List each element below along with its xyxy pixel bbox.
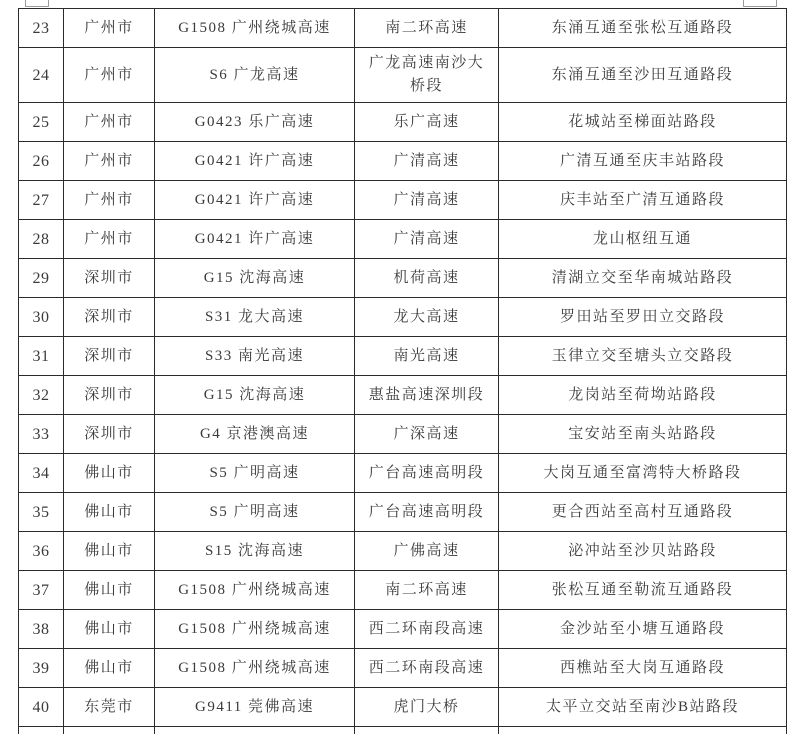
cropped-cell — [499, 727, 787, 734]
road-section-cell: 广清互通至庆丰站路段 — [499, 142, 787, 181]
city-cell: 广州市 — [64, 9, 155, 48]
road-section-cell: 罗田站至罗田立交路段 — [499, 298, 787, 337]
row-index-cell: 33 — [19, 415, 64, 454]
table-row: 27广州市G0421 许广高速广清高速庆丰站至广清互通路段 — [19, 181, 787, 220]
highway-name-cell: 惠盐高速深圳段 — [355, 376, 499, 415]
city-cell: 东莞市 — [64, 688, 155, 727]
highway-code-cell: S5 广明高速 — [155, 454, 355, 493]
row-index-cell: 25 — [19, 103, 64, 142]
table-row: 24广州市S6 广龙高速广龙高速南沙大桥段东涌互通至沙田互通路段 — [19, 48, 787, 103]
table-row: 37佛山市G1508 广州绕城高速南二环高速张松互通至勒流互通路段 — [19, 571, 787, 610]
road-section-cell: 玉律立交至塘头立交路段 — [499, 337, 787, 376]
row-index-cell: 29 — [19, 259, 64, 298]
highway-name-cell: 机荷高速 — [355, 259, 499, 298]
city-cell: 广州市 — [64, 181, 155, 220]
table-row: 36佛山市S15 沈海高速广佛高速泌冲站至沙贝站路段 — [19, 532, 787, 571]
highway-code-cell: G15 沈海高速 — [155, 376, 355, 415]
table-row: 35佛山市S5 广明高速广台高速高明段更合西站至高村互通路段 — [19, 493, 787, 532]
cropped-row-artifact-left — [25, 0, 49, 7]
highway-name-cell: 西二环南段高速 — [355, 610, 499, 649]
highway-code-cell: G0421 许广高速 — [155, 181, 355, 220]
highway-name-cell: 广佛高速 — [355, 532, 499, 571]
table-row: 38佛山市G1508 广州绕城高速西二环南段高速金沙站至小塘互通路段 — [19, 610, 787, 649]
city-cell: 广州市 — [64, 220, 155, 259]
highway-code-cell: G1508 广州绕城高速 — [155, 610, 355, 649]
row-index-cell: 36 — [19, 532, 64, 571]
table-row: 40东莞市G9411 莞佛高速虎门大桥太平立交站至南沙B站路段 — [19, 688, 787, 727]
highway-name-cell: 广清高速 — [355, 181, 499, 220]
table-row: 30深圳市S31 龙大高速龙大高速罗田站至罗田立交路段 — [19, 298, 787, 337]
table-row: 23广州市G1508 广州绕城高速南二环高速东涌互通至张松互通路段 — [19, 9, 787, 48]
table-body: 23广州市G1508 广州绕城高速南二环高速东涌互通至张松互通路段24广州市S6… — [19, 9, 787, 734]
row-index-cell: 38 — [19, 610, 64, 649]
row-index-cell: 28 — [19, 220, 64, 259]
city-cell: 深圳市 — [64, 337, 155, 376]
city-cell: 深圳市 — [64, 298, 155, 337]
highway-name-cell: 乐广高速 — [355, 103, 499, 142]
highway-name-cell: 南二环高速 — [355, 571, 499, 610]
table-row: 39佛山市G1508 广州绕城高速西二环南段高速西樵站至大岗互通路段 — [19, 649, 787, 688]
city-cell: 佛山市 — [64, 493, 155, 532]
highway-code-cell: S6 广龙高速 — [155, 48, 355, 103]
city-cell: 深圳市 — [64, 376, 155, 415]
cropped-cell — [355, 727, 499, 734]
cropped-cell — [19, 727, 64, 734]
road-section-cell: 东涌互通至张松互通路段 — [499, 9, 787, 48]
highway-name-cell: 广深高速 — [355, 415, 499, 454]
city-cell: 佛山市 — [64, 610, 155, 649]
road-section-cell: 清湖立交至华南城站路段 — [499, 259, 787, 298]
road-section-cell: 张松互通至勒流互通路段 — [499, 571, 787, 610]
city-cell: 深圳市 — [64, 259, 155, 298]
table-row: 25广州市G0423 乐广高速乐广高速花城站至梯面站路段 — [19, 103, 787, 142]
row-index-cell: 23 — [19, 9, 64, 48]
highway-code-cell: G1508 广州绕城高速 — [155, 571, 355, 610]
row-index-cell: 40 — [19, 688, 64, 727]
highway-code-cell: S15 沈海高速 — [155, 532, 355, 571]
row-index-cell: 27 — [19, 181, 64, 220]
cropped-next-row — [19, 727, 787, 734]
highway-name-cell: 广台高速高明段 — [355, 493, 499, 532]
row-index-cell: 26 — [19, 142, 64, 181]
road-section-cell: 大岗互通至富湾特大桥路段 — [499, 454, 787, 493]
row-index-cell: 30 — [19, 298, 64, 337]
highway-code-cell: G1508 广州绕城高速 — [155, 9, 355, 48]
city-cell: 佛山市 — [64, 571, 155, 610]
road-section-cell: 龙山枢纽互通 — [499, 220, 787, 259]
highway-name-cell: 虎门大桥 — [355, 688, 499, 727]
table-row: 31深圳市S33 南光高速南光高速玉律立交至塘头立交路段 — [19, 337, 787, 376]
highway-name-cell: 广台高速高明段 — [355, 454, 499, 493]
highways-table: 23广州市G1508 广州绕城高速南二环高速东涌互通至张松互通路段24广州市S6… — [18, 8, 787, 734]
road-section-cell: 龙岗站至荷坳站路段 — [499, 376, 787, 415]
road-section-cell: 更合西站至高村互通路段 — [499, 493, 787, 532]
road-section-cell: 西樵站至大岗互通路段 — [499, 649, 787, 688]
city-cell: 广州市 — [64, 48, 155, 103]
city-cell: 佛山市 — [64, 454, 155, 493]
highway-name-cell: 广清高速 — [355, 220, 499, 259]
highway-name-cell: 龙大高速 — [355, 298, 499, 337]
cropped-cell — [64, 727, 155, 734]
table-row: 28广州市G0421 许广高速广清高速龙山枢纽互通 — [19, 220, 787, 259]
highway-code-cell: S5 广明高速 — [155, 493, 355, 532]
road-section-cell: 花城站至梯面站路段 — [499, 103, 787, 142]
city-cell: 佛山市 — [64, 532, 155, 571]
highway-code-cell: G0421 许广高速 — [155, 220, 355, 259]
road-section-cell: 宝安站至南头站路段 — [499, 415, 787, 454]
highway-name-cell: 西二环南段高速 — [355, 649, 499, 688]
highway-code-cell: S33 南光高速 — [155, 337, 355, 376]
highway-name-cell: 广清高速 — [355, 142, 499, 181]
city-cell: 广州市 — [64, 142, 155, 181]
highway-name-cell: 南光高速 — [355, 337, 499, 376]
table-row: 34佛山市S5 广明高速广台高速高明段大岗互通至富湾特大桥路段 — [19, 454, 787, 493]
highway-code-cell: G15 沈海高速 — [155, 259, 355, 298]
table-row: 33深圳市G4 京港澳高速广深高速宝安站至南头站路段 — [19, 415, 787, 454]
road-section-cell: 太平立交站至南沙B站路段 — [499, 688, 787, 727]
highway-code-cell: G9411 莞佛高速 — [155, 688, 355, 727]
city-cell: 佛山市 — [64, 649, 155, 688]
row-index-cell: 31 — [19, 337, 64, 376]
highway-code-cell: G1508 广州绕城高速 — [155, 649, 355, 688]
highway-name-cell: 广龙高速南沙大桥段 — [355, 48, 499, 103]
cropped-cell — [155, 727, 355, 734]
road-section-cell: 泌冲站至沙贝站路段 — [499, 532, 787, 571]
cropped-row-artifact-right — [743, 0, 777, 7]
road-section-cell: 金沙站至小塘互通路段 — [499, 610, 787, 649]
highway-table-container: 23广州市G1508 广州绕城高速南二环高速东涌互通至张松互通路段24广州市S6… — [18, 8, 787, 734]
highway-code-cell: G4 京港澳高速 — [155, 415, 355, 454]
row-index-cell: 24 — [19, 48, 64, 103]
table-row: 32深圳市G15 沈海高速惠盐高速深圳段龙岗站至荷坳站路段 — [19, 376, 787, 415]
highway-code-cell: S31 龙大高速 — [155, 298, 355, 337]
road-section-cell: 庆丰站至广清互通路段 — [499, 181, 787, 220]
highway-code-cell: G0423 乐广高速 — [155, 103, 355, 142]
row-index-cell: 37 — [19, 571, 64, 610]
city-cell: 广州市 — [64, 103, 155, 142]
row-index-cell: 34 — [19, 454, 64, 493]
table-row: 29深圳市G15 沈海高速机荷高速清湖立交至华南城站路段 — [19, 259, 787, 298]
city-cell: 深圳市 — [64, 415, 155, 454]
row-index-cell: 32 — [19, 376, 64, 415]
row-index-cell: 39 — [19, 649, 64, 688]
highway-name-cell: 南二环高速 — [355, 9, 499, 48]
road-section-cell: 东涌互通至沙田互通路段 — [499, 48, 787, 103]
table-row: 26广州市G0421 许广高速广清高速广清互通至庆丰站路段 — [19, 142, 787, 181]
row-index-cell: 35 — [19, 493, 64, 532]
highway-code-cell: G0421 许广高速 — [155, 142, 355, 181]
